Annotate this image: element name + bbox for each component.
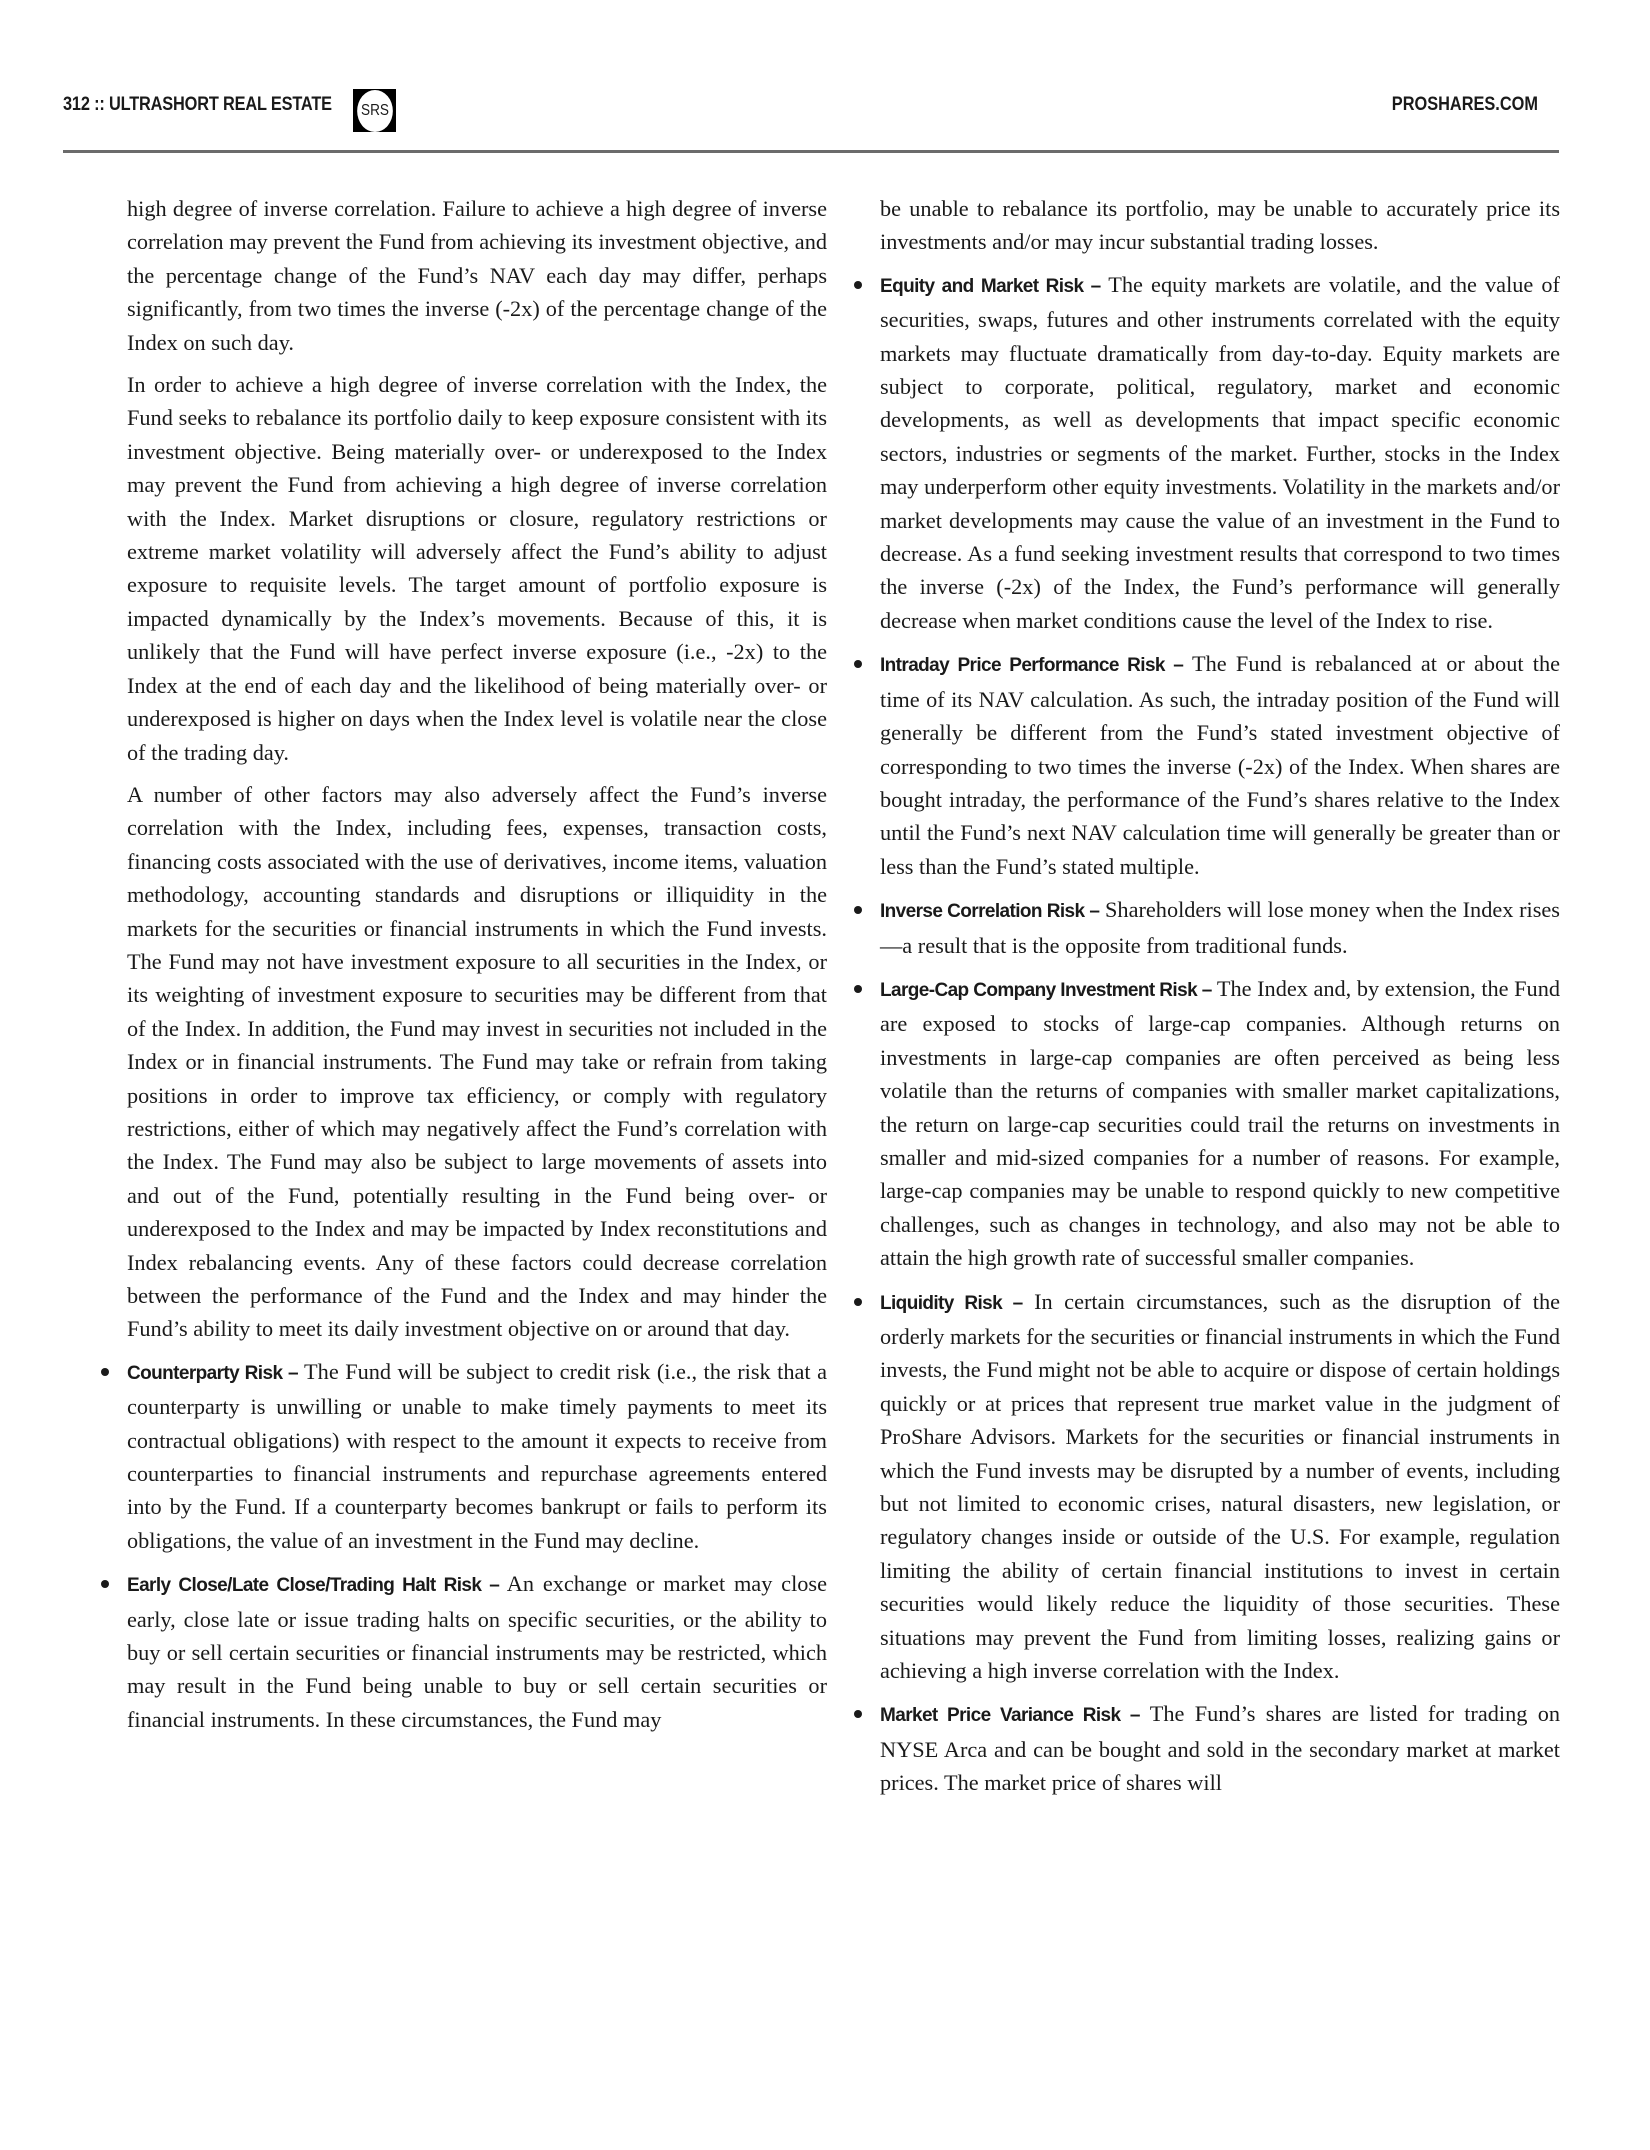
- risk-list: Counterparty Risk – The Fund will be sub…: [127, 1355, 827, 1736]
- risk-term: Equity and Market Risk –: [880, 276, 1101, 297]
- bullet-icon: [101, 1580, 109, 1588]
- risk-description: The Fund will be subject to credit risk …: [127, 1359, 827, 1553]
- bullet-icon: [854, 281, 862, 289]
- left-column: high degree of inverse correlation. Fail…: [127, 192, 827, 1746]
- continuation-paragraph: be unable to rebalance its portfolio, ma…: [880, 192, 1560, 259]
- risk-term: Market Price Variance Risk –: [880, 1705, 1140, 1726]
- risk-item-intraday-price: Intraday Price Performance Risk – The Fu…: [880, 647, 1560, 883]
- paragraph: high degree of inverse correlation. Fail…: [127, 192, 827, 359]
- bullet-icon: [854, 1298, 862, 1306]
- paragraph: In order to achieve a high degree of inv…: [127, 368, 827, 769]
- risk-item-counterparty: Counterparty Risk – The Fund will be sub…: [127, 1355, 827, 1557]
- paragraph: A number of other factors may also adver…: [127, 778, 827, 1346]
- risk-list: Equity and Market Risk – The equity mark…: [880, 268, 1560, 1800]
- website-label: PROSHARES.COM: [1392, 94, 1538, 116]
- risk-item-market-price-variance: Market Price Variance Risk – The Fund’s …: [880, 1697, 1560, 1799]
- risk-item-early-close: Early Close/Late Close/Trading Halt Risk…: [127, 1567, 827, 1736]
- bullet-icon: [854, 1710, 862, 1718]
- risk-term: Intraday Price Performance Risk –: [880, 655, 1183, 676]
- ticker-badge-label: SRS: [357, 90, 393, 132]
- bullet-icon: [854, 660, 862, 668]
- risk-description: The equity markets are volatile, and the…: [880, 272, 1560, 633]
- risk-item-large-cap: Large-Cap Company Investment Risk – The …: [880, 972, 1560, 1275]
- risk-term: Early Close/Late Close/Trading Halt Risk…: [127, 1575, 499, 1596]
- risk-item-inverse-correlation: Inverse Correlation Risk – Shareholders …: [880, 893, 1560, 962]
- page-header: 312 :: ULTRASHORT REAL ESTATE SRS PROSHA…: [63, 80, 1558, 140]
- bullet-icon: [101, 1368, 109, 1376]
- page-number-and-fund-title: 312 :: ULTRASHORT REAL ESTATE: [63, 94, 332, 116]
- right-column: be unable to rebalance its portfolio, ma…: [880, 192, 1560, 1810]
- risk-description: In certain circumstances, such as the di…: [880, 1289, 1560, 1683]
- ticker-badge: SRS: [353, 89, 396, 132]
- risk-term: Large-Cap Company Investment Risk –: [880, 980, 1212, 1001]
- risk-term: Inverse Correlation Risk –: [880, 901, 1099, 922]
- bullet-icon: [854, 906, 862, 914]
- risk-term: Counterparty Risk –: [127, 1363, 298, 1384]
- risk-description: The Index and, by extension, the Fund ar…: [880, 976, 1560, 1270]
- bullet-icon: [854, 985, 862, 993]
- risk-term: Liquidity Risk –: [880, 1293, 1023, 1314]
- risk-item-equity-market: Equity and Market Risk – The equity mark…: [880, 268, 1560, 637]
- risk-item-liquidity: Liquidity Risk – In certain circumstance…: [880, 1285, 1560, 1688]
- risk-description: The Fund is rebalanced at or about the t…: [880, 651, 1560, 878]
- header-divider: [63, 150, 1559, 153]
